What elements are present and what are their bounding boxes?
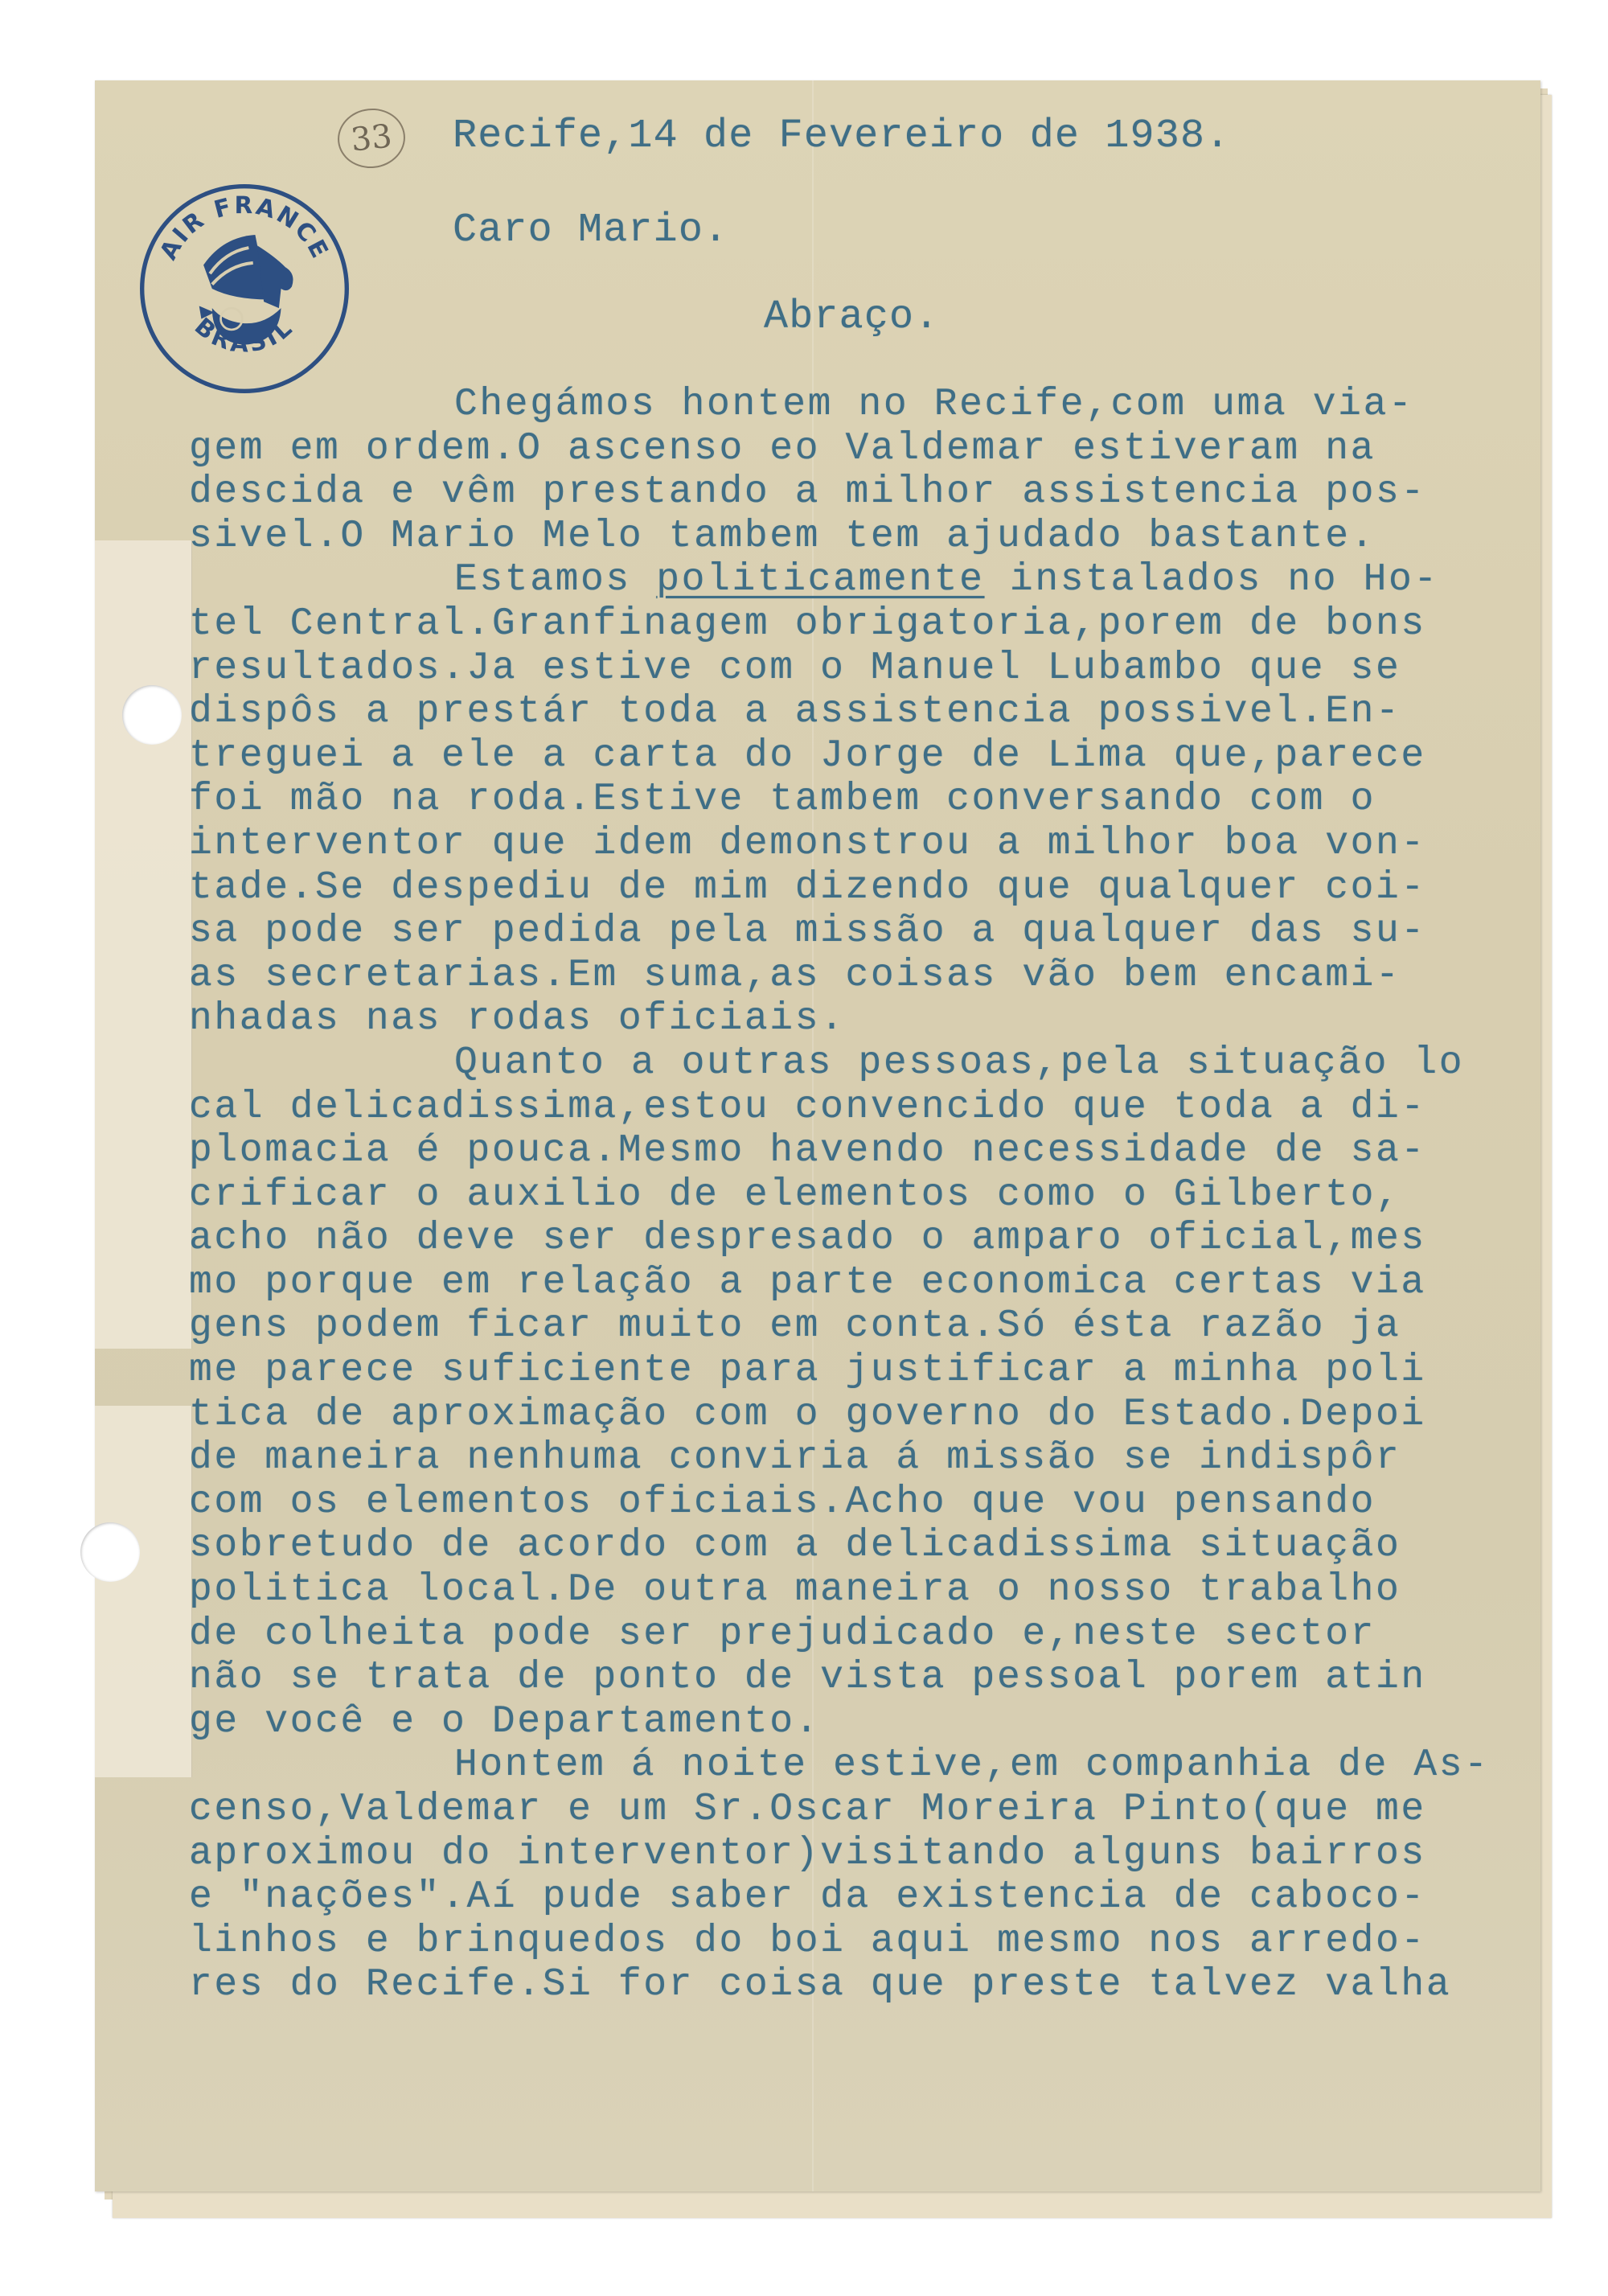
text-line: dispôs a prestár toda a assistencia poss… [189, 690, 1532, 734]
punch-hole [80, 1522, 140, 1582]
tape-strip [95, 540, 192, 1349]
tape-strip [95, 1406, 192, 1777]
text-line: mo porque em relação a parte economica c… [189, 1261, 1532, 1305]
text-line: sivel.O Mario Melo tambem tem ajudado ba… [189, 515, 1532, 559]
text-line: descida e vêm prestando a milhor assiste… [189, 470, 1532, 515]
text-line: politica local.De outra maneira o nosso … [189, 1568, 1532, 1612]
text-line: interventor que idem demonstrou a milhor… [189, 822, 1532, 866]
text-line: Quanto a outras pessoas,pela situação lo [189, 1041, 1532, 1086]
salutation: Caro Mario. [453, 211, 728, 251]
text-line: Chegámos hontem no Recife,com uma via- [189, 383, 1532, 427]
text-line: sa pode ser pedida pela missão a qualque… [189, 910, 1532, 954]
winged-seahorse-icon: AIR FRANCE BRASIL [137, 181, 352, 396]
letter-body: Chegámos hontem no Recife,com uma via- g… [189, 383, 1532, 2007]
punch-hole [122, 685, 182, 745]
text-line: sobretudo de acordo com a delicadissima … [189, 1524, 1532, 1568]
text-line: linhos e brinquedos do boi aqui mesmo no… [189, 1920, 1532, 1964]
underlined-word: politicamente [656, 558, 984, 602]
text-line: ge você e o Departamento. [189, 1700, 1532, 1744]
air-france-stamp: AIR FRANCE BRASIL [137, 181, 352, 396]
text-line: resultados.Ja estive com o Manuel Lubamb… [189, 647, 1532, 691]
text-line: de colheita pode ser prejudicado e,neste… [189, 1612, 1532, 1657]
text-line: res do Recife.Si for coisa que preste ta… [189, 1963, 1532, 2007]
text-line: as secretarias.Em suma,as coisas vão bem… [189, 954, 1532, 998]
text-line: crificar o auxilio de elementos como o G… [189, 1173, 1532, 1218]
text-line: tica de aproximação com o governo do Est… [189, 1393, 1532, 1437]
text-line-underlined: Estamos politicamente instalados no Ho- [189, 558, 1532, 602]
text-line: cal delicadissima,estou convencido que t… [189, 1086, 1532, 1130]
text-line: gem em ordem.O ascenso eo Valdemar estiv… [189, 427, 1532, 471]
text-line: nhadas nas rodas oficiais. [189, 997, 1532, 1041]
text-line: treguei a ele a carta do Jorge de Lima q… [189, 734, 1532, 778]
text-line: aproximou do interventor)visitando algun… [189, 1832, 1532, 1876]
dateline: Recife,14 de Fevereiro de 1938. [453, 117, 1230, 157]
text-line: Hontem á noite estive,em companhia de As… [189, 1744, 1532, 1788]
greeting: Abraço. [764, 298, 939, 338]
text-line: acho não deve ser despresado o amparo of… [189, 1217, 1532, 1261]
text-line: gens podem ficar muito em conta.Só ésta … [189, 1304, 1532, 1349]
text-line: não se trata de ponto de vista pessoal p… [189, 1656, 1532, 1700]
text-line: plomacia é pouca.Mesmo havendo necessida… [189, 1129, 1532, 1173]
text-line: com os elementos oficiais.Acho que vou p… [189, 1481, 1532, 1525]
text-line: de maneira nenhuma conviria á missão se … [189, 1436, 1532, 1481]
text-line: foi mão na roda.Estive tambem conversand… [189, 778, 1532, 822]
text-line: tade.Se despediu de mim dizendo que qual… [189, 866, 1532, 910]
text-line: tel Central.Granfinagem obrigatoria,pore… [189, 602, 1532, 647]
text-line: me parece suficiente para justificar a m… [189, 1349, 1532, 1393]
text-line: censo,Valdemar e um Sr.Oscar Moreira Pin… [189, 1788, 1532, 1832]
text-line: e "nações".Aí pude saber da existencia d… [189, 1875, 1532, 1920]
